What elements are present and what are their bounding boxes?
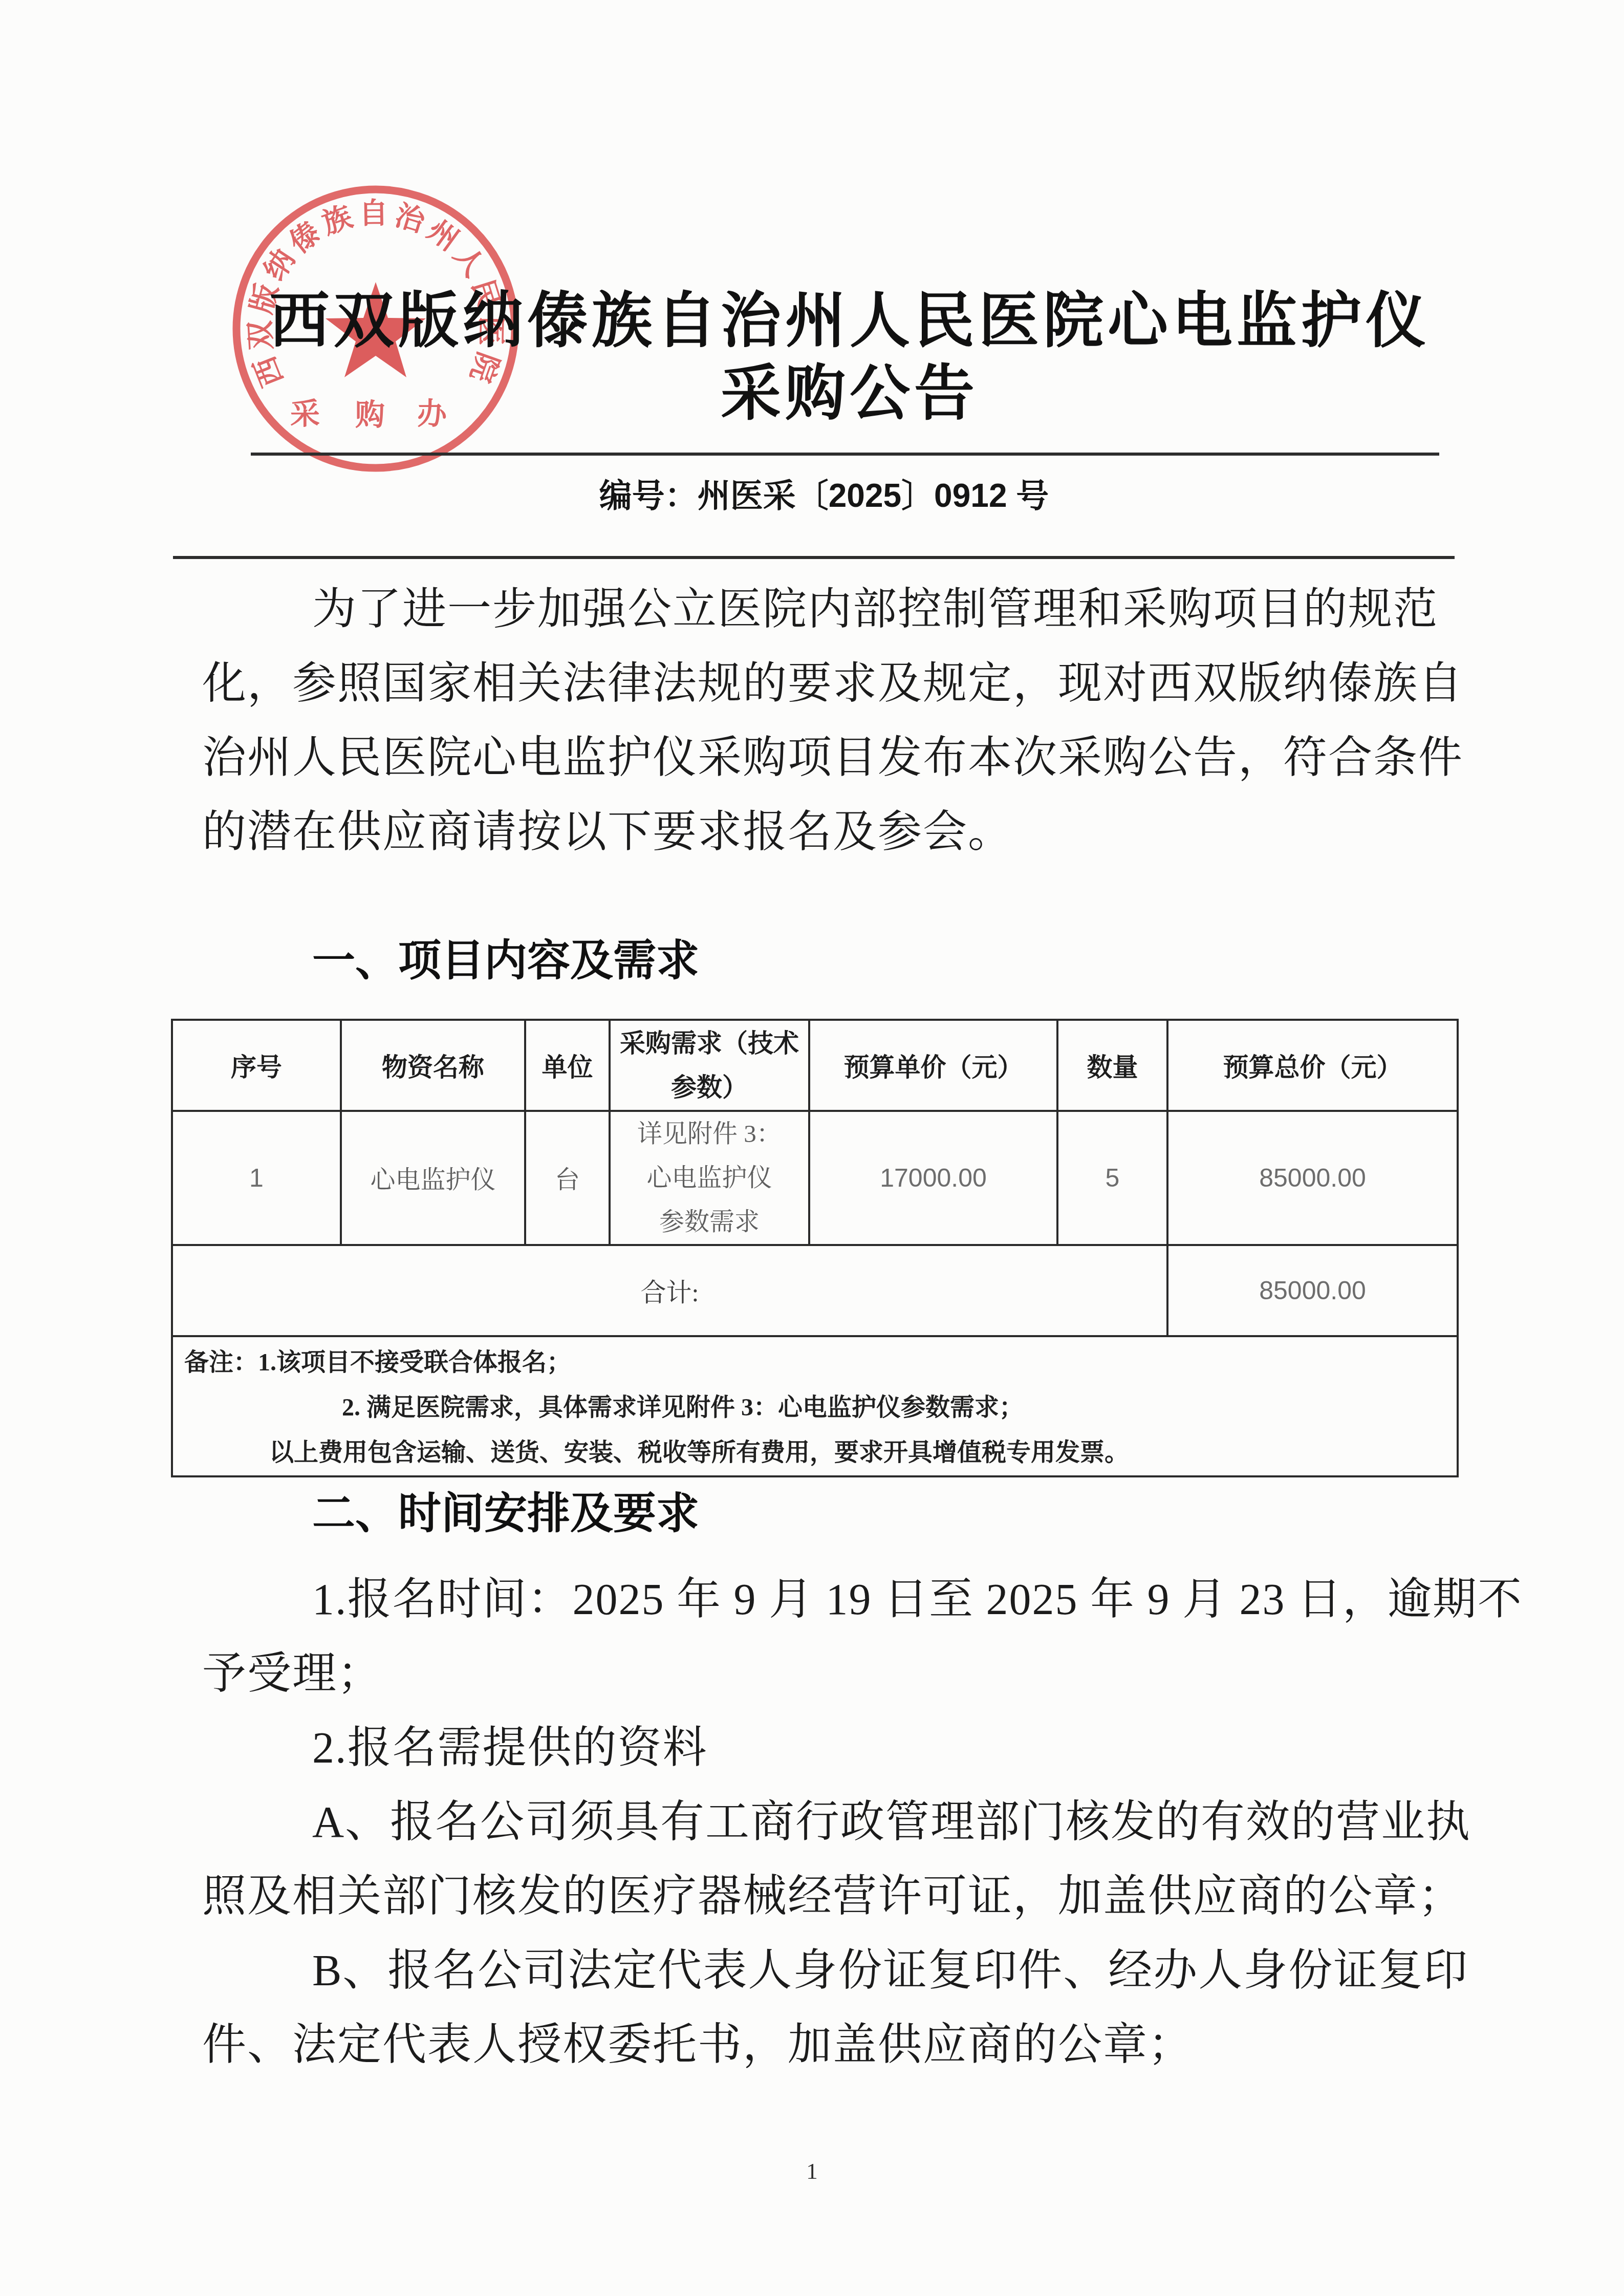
title-divider-line — [251, 453, 1439, 456]
cell-unit-price: 17000.00 — [809, 1111, 1057, 1245]
intro-line: 治州人民医院心电监护仪采购项目发布本次采购公告，符合条件 — [202, 721, 1449, 795]
document-number: 编号：州医采〔2025〕0912 号 — [200, 475, 1448, 516]
note-line: 2. 满足医院需求，具体需求详见附件 3：心电监护仪参数需求； — [173, 1385, 1457, 1430]
section2-line: 件、法定代表人授权委托书，加盖供应商的公章； — [202, 2008, 1449, 2082]
table-row: 1 心电监护仪 台 详见附件 3： 心电监护仪 参数需求 17000.00 5 … — [172, 1111, 1458, 1245]
section2-line: 予受理； — [202, 1637, 1449, 1711]
col-header-quantity: 数量 — [1057, 1020, 1167, 1111]
cell-seq: 1 — [172, 1111, 341, 1245]
col-header-item: 物资名称 — [341, 1020, 525, 1111]
table-notes-row: 备注：1.该项目不接受联合体报名； 2. 满足医院需求，具体需求详见附件 3：心… — [172, 1336, 1458, 1476]
page-number: 1 — [0, 2158, 1624, 2184]
section2-line: A、报名公司须具有工商行政管理部门核发的有效的营业执 — [202, 1785, 1449, 1859]
section2-line: B、报名公司法定代表人身份证复印件、经办人身份证复印 — [202, 1934, 1449, 2008]
table-header-row: 序号 物资名称 单位 采购需求（技术 参数） 预算单价（元） 数量 预算总价（元… — [172, 1020, 1458, 1111]
note-line: 以上费用包含运输、送货、安装、税收等所有费用，要求开具增值税专用发票。 — [173, 1430, 1457, 1475]
cell-item: 心电监护仪 — [341, 1111, 525, 1245]
document-title: 西双版纳傣族自治州人民医院心电监护仪 采购公告 — [241, 285, 1459, 430]
cell-requirement: 详见附件 3： 心电监护仪 参数需求 — [610, 1111, 809, 1245]
col-header-total-price: 预算总价（元） — [1167, 1020, 1458, 1111]
cell-unit: 台 — [525, 1111, 610, 1245]
header-divider-line — [173, 556, 1455, 559]
intro-paragraph: 为了进一步加强公立医院内部控制管理和采购项目的规范 化，参照国家相关法律法规的要… — [202, 572, 1449, 869]
section2-line: 1.报名时间：2025 年 9 月 19 日至 2025 年 9 月 23 日，… — [202, 1562, 1449, 1637]
title-line-2: 采购公告 — [241, 357, 1459, 430]
section2-heading: 二、时间安排及要求 — [202, 1488, 1449, 1539]
cell-total-price: 85000.00 — [1167, 1111, 1458, 1245]
table-total-row: 合计: 85000.00 — [172, 1245, 1458, 1336]
section2-body: 1.报名时间：2025 年 9 月 19 日至 2025 年 9 月 23 日，… — [202, 1562, 1449, 2082]
col-header-seq: 序号 — [172, 1020, 341, 1111]
intro-line: 化，参照国家相关法律法规的要求及规定，现对西双版纳傣族自 — [202, 647, 1449, 721]
section2-line: 2.报名需提供的资料 — [202, 1711, 1449, 1785]
col-header-requirement: 采购需求（技术 参数） — [610, 1020, 809, 1111]
note-line: 备注：1.该项目不接受联合体报名； — [173, 1337, 1457, 1385]
total-value: 85000.00 — [1167, 1245, 1458, 1336]
col-header-unit-price: 预算单价（元） — [809, 1020, 1057, 1111]
col-header-unit: 单位 — [525, 1020, 610, 1111]
intro-line: 为了进一步加强公立医院内部控制管理和采购项目的规范 — [202, 572, 1449, 647]
title-line-1: 西双版纳傣族自治州人民医院心电监护仪 — [241, 285, 1459, 357]
intro-line: 的潜在供应商请按以下要求报名及参会。 — [202, 795, 1449, 869]
section2-line: 照及相关部门核发的医疗器械经营许可证，加盖供应商的公章； — [202, 1859, 1449, 1934]
procurement-table: 序号 物资名称 单位 采购需求（技术 参数） 预算单价（元） 数量 预算总价（元… — [171, 1019, 1459, 1477]
section1-heading: 一、项目内容及需求 — [202, 935, 1449, 986]
document-page: 西双版纳傣族自治州人民医院 采 购 办 西双版纳傣族自治州人民医院心电监护仪 采… — [0, 0, 1624, 2296]
notes-cell: 备注：1.该项目不接受联合体报名； 2. 满足医院需求，具体需求详见附件 3：心… — [172, 1336, 1458, 1476]
cell-quantity: 5 — [1057, 1111, 1167, 1245]
total-label: 合计: — [172, 1245, 1167, 1336]
